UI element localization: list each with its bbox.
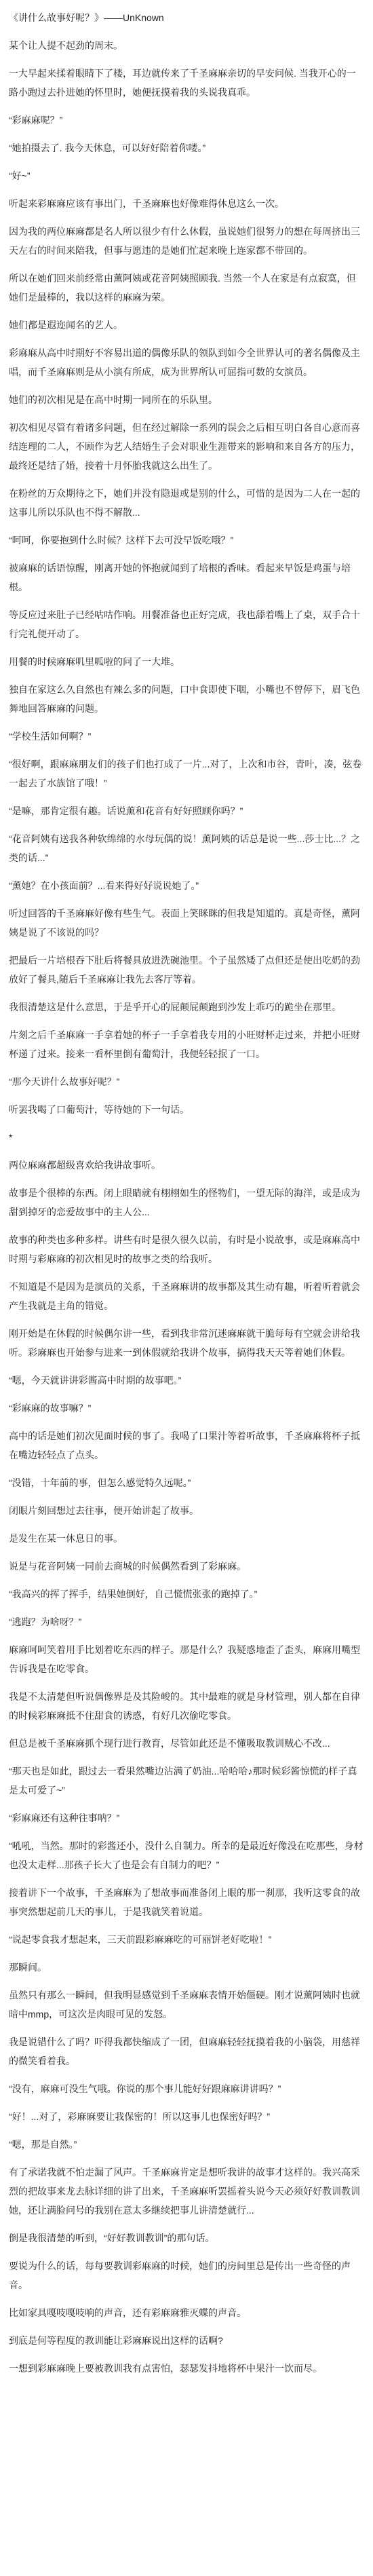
story-paragraph: 等反应过来肚子已经咕咕作响。用餐准备也正好完成，我也舔着嘴上了桌，双手合十行完礼… — [9, 605, 364, 643]
section-separator: * — [9, 1128, 364, 1147]
story-paragraph: “很好啊，跟麻麻朋友们的孩子们也打成了一片...对了，上次和市谷，青叶，凑，弦卷… — [9, 755, 364, 793]
story-paragraph: “呵呵，你要抱到什么时候？这样下去可没早饭吃哦？” — [9, 531, 364, 550]
story-paragraph: 刚开始是在休假的时候偶尔讲一些，看到我非常沉迷麻麻就干脆每每有空就会讲给我听。彩… — [9, 1324, 364, 1362]
story-paragraph: 两位麻麻都超级喜欢给我讲故事听。 — [9, 1156, 364, 1175]
story-paragraph: 因为我的两位麻麻都是名人所以很少有什么休假，虽说她们很努力的想在每周挤出三天左右… — [9, 222, 364, 260]
story-paragraph: 用餐的时候麻麻叽里呱啦的问了一大堆。 — [9, 652, 364, 671]
story-paragraph: 闭眼片刻回想过去往事，便开始讲起了故事。 — [9, 1501, 364, 1520]
story-paragraph: 我很清楚这是什么意思，于是乎开心的屁颠屁颠跑到沙发上乖巧的跪坐在那里。 — [9, 998, 364, 1017]
story-paragraph: “逃跑？为啥呀？” — [9, 1612, 364, 1631]
story-paragraph: “花音阿姨有送我各种软绵绵的水母玩偶的说！薰阿姨的话总是说一些...莎士比...… — [9, 829, 364, 867]
story-paragraph: 在粉丝的万众期待之下，她们并没有隐退或是别的什么，可惜的是因为二人在一起的这事儿… — [9, 484, 364, 522]
story-paragraph: 要说为什么的话，每每要教训彩麻麻的时候，她们的房间里总是传出一些奇怪的声音。 — [9, 2256, 364, 2294]
story-paragraph: 初次相见尽管有着诸多问题，但在经过解除一系列的误会之后相互明白各自心意而喜结连理… — [9, 418, 364, 475]
story-paragraph: 片刻之后千圣麻麻一手拿着她的杯子一手拿着我专用的小旺财杯走过来，并把小旺财杯递了… — [9, 1025, 364, 1063]
story-paragraph: “彩麻麻的故事嘛？” — [9, 1399, 364, 1418]
story-paragraph: 说是与花音阿姨一同前去商城的时候偶然看到了彩麻麻。 — [9, 1557, 364, 1576]
story-paragraph: 被麻麻的话语惊醒，刚离开她的怀抱就闻到了培根的香味。看起来早饭是鸡蛋与培根。 — [9, 558, 364, 596]
story-paragraph: 某个让人提不起劲的周末。 — [9, 36, 364, 55]
story-paragraph: 故事的种类也多种多样。讲些有时是很久很久以前，有时是小说故事，或是麻麻高中时期与… — [9, 1230, 364, 1268]
story-paragraph: “说起零食我才想起来，三天前跟彩麻麻吃的可丽饼老好吃啦！” — [9, 1930, 364, 1949]
story-paragraph: “我高兴的挥了挥手，结果她倒好，自己慌慌张张的跑掉了。” — [9, 1585, 364, 1604]
story-paragraph: 不知道是不是因为是演员的关系，千圣麻麻讲的故事都及其生动有趣，听着听着就会产生我… — [9, 1277, 364, 1315]
story-paragraph: “彩麻麻呢？” — [9, 111, 364, 130]
story-paragraph: “吼吼，当然。那时的彩酱还小，没什么自制力。所幸的是最近好像没在吃那些，身材也没… — [9, 1836, 364, 1874]
story-paragraph: 听起来彩麻麻应该有事出门，千圣麻麻也好像难得休息这么一次。 — [9, 194, 364, 213]
story-paragraph: 接着讲下一个故事，千圣麻麻为了想故事而准备闭上眼的那一刹那，我听这零食的故事突然… — [9, 1883, 364, 1921]
story-paragraph: 是发生在某一休息日的事。 — [9, 1529, 364, 1548]
story-paragraph: “那今天讲什么故事好呢？” — [9, 1072, 364, 1091]
story-paragraph: 一想到彩麻麻晚上要被教训我有点害怕，瑟瑟发抖地将杯中果汁一饮而尽。 — [9, 2359, 364, 2378]
story-paragraph: 比如家具嘎吱嘎吱响的声音，还有彩麻麻雅灭蝶的声音。 — [9, 2303, 364, 2322]
story-paragraph: 那瞬间。 — [9, 1958, 364, 1977]
story-paragraph: “没错，十年前的事，但怎么感觉特久远呢。” — [9, 1473, 364, 1492]
story-paragraph: 她们的初次相见是在高中时期一同所在的乐队里。 — [9, 390, 364, 409]
story-paragraph: “那天也是如此，跟过去一看果然嘴边沾满了奶油...哈哈哈♪那时候彩酱惊慌的样子真… — [9, 1762, 364, 1800]
story-paragraph: 故事是个很棒的东西。闭上眼睛就有栩栩如生的怪物们，一望无际的海洋，或是成为甜到掉… — [9, 1183, 364, 1221]
story-paragraph: “彩麻麻还有这种往事呐？” — [9, 1808, 364, 1827]
story-paragraph: 但总是被千圣麻麻抓个现行进行教育，尽管如此还是不懂吸取教训贼心不改... — [9, 1734, 364, 1753]
story-paragraph: “薰她？在小孩面前？...看来得好好说说她了。” — [9, 876, 364, 895]
story-paragraph: “没有，麻麻可没生气哦。你说的那个事儿能好好跟麻麻讲讲吗？” — [9, 2079, 364, 2098]
story-paragraph: “好~” — [9, 166, 364, 185]
story-document: 《讲什么故事好呢？》——UnKnown 某个让人提不起劲的周末。一大早起来揉着眼… — [0, 0, 373, 2378]
story-paragraph: 把最后一片培根吞下肚后将餐具放进洗碗池里。个子虽然矮了点但还是使出吃奶的劲放好了… — [9, 951, 364, 989]
story-paragraph: 听过回答的千圣麻麻好像有些生气。表面上笑眯眯的但我是知道的。真是奇怪，薰阿姨是说… — [9, 904, 364, 942]
story-paragraph: 她们都是遐迩闻名的艺人。 — [9, 316, 364, 335]
story-paragraph: 我是说错什么了吗？吓得我都快缩成了一团，但麻麻轻轻抚摸着我的小脑袋，用慈祥的微笑… — [9, 2032, 364, 2070]
story-paragraph: “是嘛，那肯定很有趣。话说薰和花音有好好照顾你吗？” — [9, 801, 364, 820]
story-paragraph: 所以在她们回来前经常由薰阿姨或花音阿姨照顾我. 当然一个人在家是有点寂寞，但她们… — [9, 269, 364, 307]
story-paragraph: 高中的话是她们初次见面时候的事了。我喝了口果汁等着听故事，千圣麻麻将杯子抵在嘴边… — [9, 1426, 364, 1464]
story-paragraph: 到底是何等程度的教训能让彩麻麻说出这样的话啊? — [9, 2331, 364, 2350]
story-paragraph: 彩麻麻从高中时期好不容易出道的偶像乐队的领队到如今全世界认可的著名偶像及主唱，而… — [9, 343, 364, 381]
story-paragraph: “学校生活如何啊？” — [9, 727, 364, 746]
story-paragraph: 倒是我很清楚的听到，“好好教训教训”的那句话。 — [9, 2229, 364, 2248]
story-paragraph: 我是不太清楚但听说偶像界是及其险峻的。其中最难的就是身材管理，别人都在自律的时候… — [9, 1687, 364, 1725]
story-body: 某个让人提不起劲的周末。一大早起来揉着眼睛下了楼，耳边就传来了千圣麻麻亲切的早安… — [9, 36, 364, 2378]
story-title: 《讲什么故事好呢？》——UnKnown — [9, 8, 364, 27]
story-paragraph: 麻麻呵呵笑着用手比划着吃东西的样子。那是什么？我疑惑地歪了歪头，麻麻用嘴型告诉我… — [9, 1640, 364, 1678]
story-paragraph: 独自在家这么久自然也有辣么多的问题，口中食即使下咽，小嘴也不曾停下，眉飞色舞地回… — [9, 680, 364, 718]
story-paragraph: 虽然只有那么一瞬间，但我明显感觉到千圣麻麻表情开始僵硬。刚才说薰阿姨时也就暗中m… — [9, 1986, 364, 2024]
story-paragraph: “她拍摄去了. 我今天休息，可以好好陪着你喽。” — [9, 138, 364, 157]
story-paragraph: 听罢我喝了口葡萄汁，等待她的下一句话。 — [9, 1100, 364, 1119]
story-paragraph: 有了承诺我就不怕走漏了风声。千圣麻麻肯定是想听我讲的故事才这样的。我兴高采烈的把… — [9, 2163, 364, 2220]
story-paragraph: “好！...对了，彩麻麻要让我保密的！所以这事儿也保密好吗？” — [9, 2107, 364, 2126]
story-paragraph: “嗯，今天就讲讲彩酱高中时期的故事吧。” — [9, 1371, 364, 1390]
story-paragraph: “嗯，那是自然。” — [9, 2135, 364, 2154]
story-paragraph: 一大早起来揉着眼睛下了楼，耳边就传来了千圣麻麻亲切的早安问候. 当我开心的一路小… — [9, 64, 364, 102]
